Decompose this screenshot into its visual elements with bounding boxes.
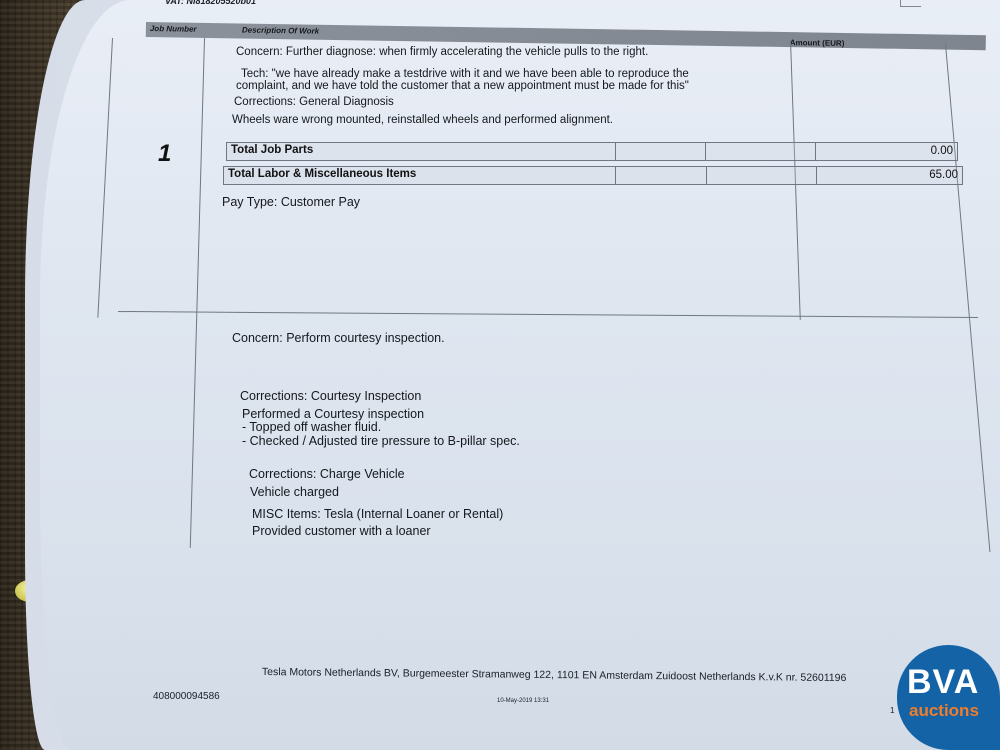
pay-type: Pay Type: Customer Pay <box>222 195 360 209</box>
invoice-page: VAT: Nl818205520b01 Job Number Descripti… <box>40 0 1000 750</box>
corrections-detail: Wheels ware wrong mounted, reinstalled w… <box>232 114 613 126</box>
header-amount: Amount (EUR) <box>790 38 845 48</box>
cell-divider <box>615 167 616 184</box>
left-border <box>97 38 113 318</box>
cell-divider <box>706 167 707 184</box>
cell-divider <box>815 143 816 160</box>
job-number: 1 <box>158 140 171 168</box>
bva-auctions-logo: BVA auctions <box>897 645 1000 750</box>
misc-items: MISC Items: Tesla (Internal Loaner or Re… <box>252 507 503 521</box>
company-footer: Tesla Motors Netherlands BV, Burgemeeste… <box>262 666 847 684</box>
total-labor-row: Total Labor & Miscellaneous Items 65.00 <box>223 166 963 185</box>
right-border <box>945 44 990 552</box>
total-job-parts-row: Total Job Parts 0.00 <box>226 142 958 161</box>
total-labor-label: Total Labor & Miscellaneous Items <box>228 168 416 180</box>
vat-number: VAT: Nl818205520b01 <box>165 0 256 6</box>
concern-text: Concern: Further diagnose: when firmly a… <box>236 46 648 58</box>
print-date: 10-May-2019 13:31 <box>497 698 549 704</box>
corrections-text: Corrections: General Diagnosis <box>234 96 394 108</box>
cell-divider <box>705 143 706 160</box>
document-number: 408000094586 <box>153 691 220 702</box>
total-labor-amount: 65.00 <box>929 169 958 181</box>
logo-brand: BVA <box>907 663 979 702</box>
header-description: Description Of Work <box>242 26 319 36</box>
courtesy-detail: Performed a Courtesy inspection <box>242 407 424 421</box>
total-job-parts-label: Total Job Parts <box>231 144 313 156</box>
job-col-divider <box>190 38 205 548</box>
corrections-charge: Corrections: Charge Vehicle <box>249 467 405 481</box>
logo-sub: auctions <box>909 701 979 721</box>
section-divider <box>118 311 978 318</box>
cell-divider <box>615 143 616 160</box>
tech-line-2: complaint, and we have told the customer… <box>236 80 689 92</box>
bullet-tire-pressure: - Checked / Adjusted tire pressure to B-… <box>242 434 520 448</box>
charge-detail: Vehicle charged <box>250 485 339 499</box>
page-number: 1 <box>890 706 894 715</box>
tech-line-1: Tech: "we have already make a testdrive … <box>241 68 689 80</box>
misc-detail: Provided customer with a loaner <box>252 524 431 538</box>
bullet-washer-fluid: - Topped off washer fluid. <box>242 420 381 434</box>
corrections-courtesy: Corrections: Courtesy Inspection <box>240 389 421 403</box>
top-box-border <box>900 0 921 7</box>
header-job-number: Job Number <box>150 24 197 34</box>
total-job-parts-amount: 0.00 <box>931 145 953 157</box>
concern-courtesy: Concern: Perform courtesy inspection. <box>232 331 445 345</box>
cell-divider <box>816 167 817 184</box>
